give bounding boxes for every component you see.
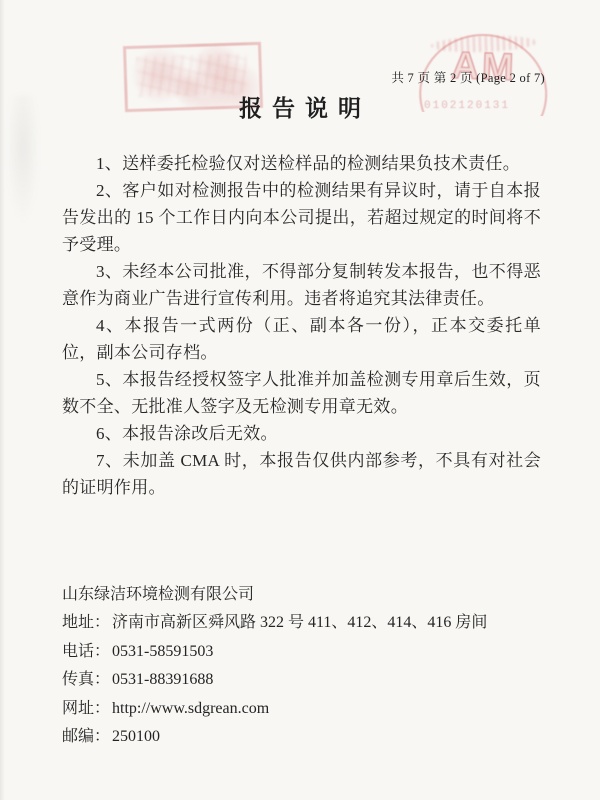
company-info-block: 山东绿洁环境检测有限公司 地址：济南市高新区舜风路 322 号 411、412、… — [62, 581, 552, 751]
contact-label: 传真： — [62, 671, 110, 688]
page-number-header: 共 7 页 第 2 页 (Page 2 of 7) — [0, 68, 545, 86]
note-item-1: 1、送样委托检验仅对送检样品的检测结果负技术责任。 — [62, 150, 541, 177]
contact-value: 0531-58591503 — [112, 643, 213, 660]
note-item-7: 7、未加盖 CMA 时，本报告仅供内部参考，不具有对社会的证明作用。 — [62, 447, 541, 501]
note-item-2: 2、客户如对检测报告中的检测结果有异议时，请于自本报告发出的 15 个工作日内向… — [62, 177, 541, 258]
contact-label: 地址： — [62, 614, 110, 631]
page-title: 报告说明 — [0, 90, 600, 123]
document-page: AM 0102120131 共 7 页 第 2 页 (Page 2 of 7) … — [0, 0, 600, 800]
contact-row-address: 地址：济南市高新区舜风路 322 号 411、412、414、416 房间 — [62, 609, 552, 637]
contact-row-website: 网址：http://www.sdgrean.com — [62, 695, 552, 723]
contact-label: 网址： — [62, 700, 110, 717]
note-item-6: 6、本报告涂改后无效。 — [62, 420, 541, 447]
contact-row-phone: 电话：0531-58591503 — [62, 638, 552, 666]
contact-row-zipcode: 邮编：250100 — [62, 723, 552, 751]
contact-value: 0531-88391688 — [112, 671, 213, 688]
notes-section: 1、送样委托检验仅对送检样品的检测结果负技术责任。 2、客户如对检测报告中的检测… — [62, 150, 541, 501]
contact-label: 邮编： — [62, 728, 110, 745]
note-item-5: 5、本报告经授权签字人批准并加盖检测专用章后生效，页数不全、无批准人签字及无检测… — [62, 366, 541, 420]
company-name: 山东绿洁环境检测有限公司 — [62, 581, 552, 609]
note-item-3: 3、未经本公司批准，不得部分复制转发本报告，也不得恶意作为商业广告进行宣传利用。… — [62, 258, 541, 312]
contact-row-fax: 传真：0531-88391688 — [62, 666, 552, 694]
contact-value: 济南市高新区舜风路 322 号 411、412、414、416 房间 — [112, 614, 487, 631]
contact-value: 250100 — [112, 728, 160, 745]
contact-label: 电话： — [62, 643, 110, 660]
note-item-4: 4、本报告一式两份（正、副本各一份），正本交委托单位，副本公司存档。 — [62, 312, 541, 366]
contact-value: http://www.sdgrean.com — [112, 700, 269, 717]
